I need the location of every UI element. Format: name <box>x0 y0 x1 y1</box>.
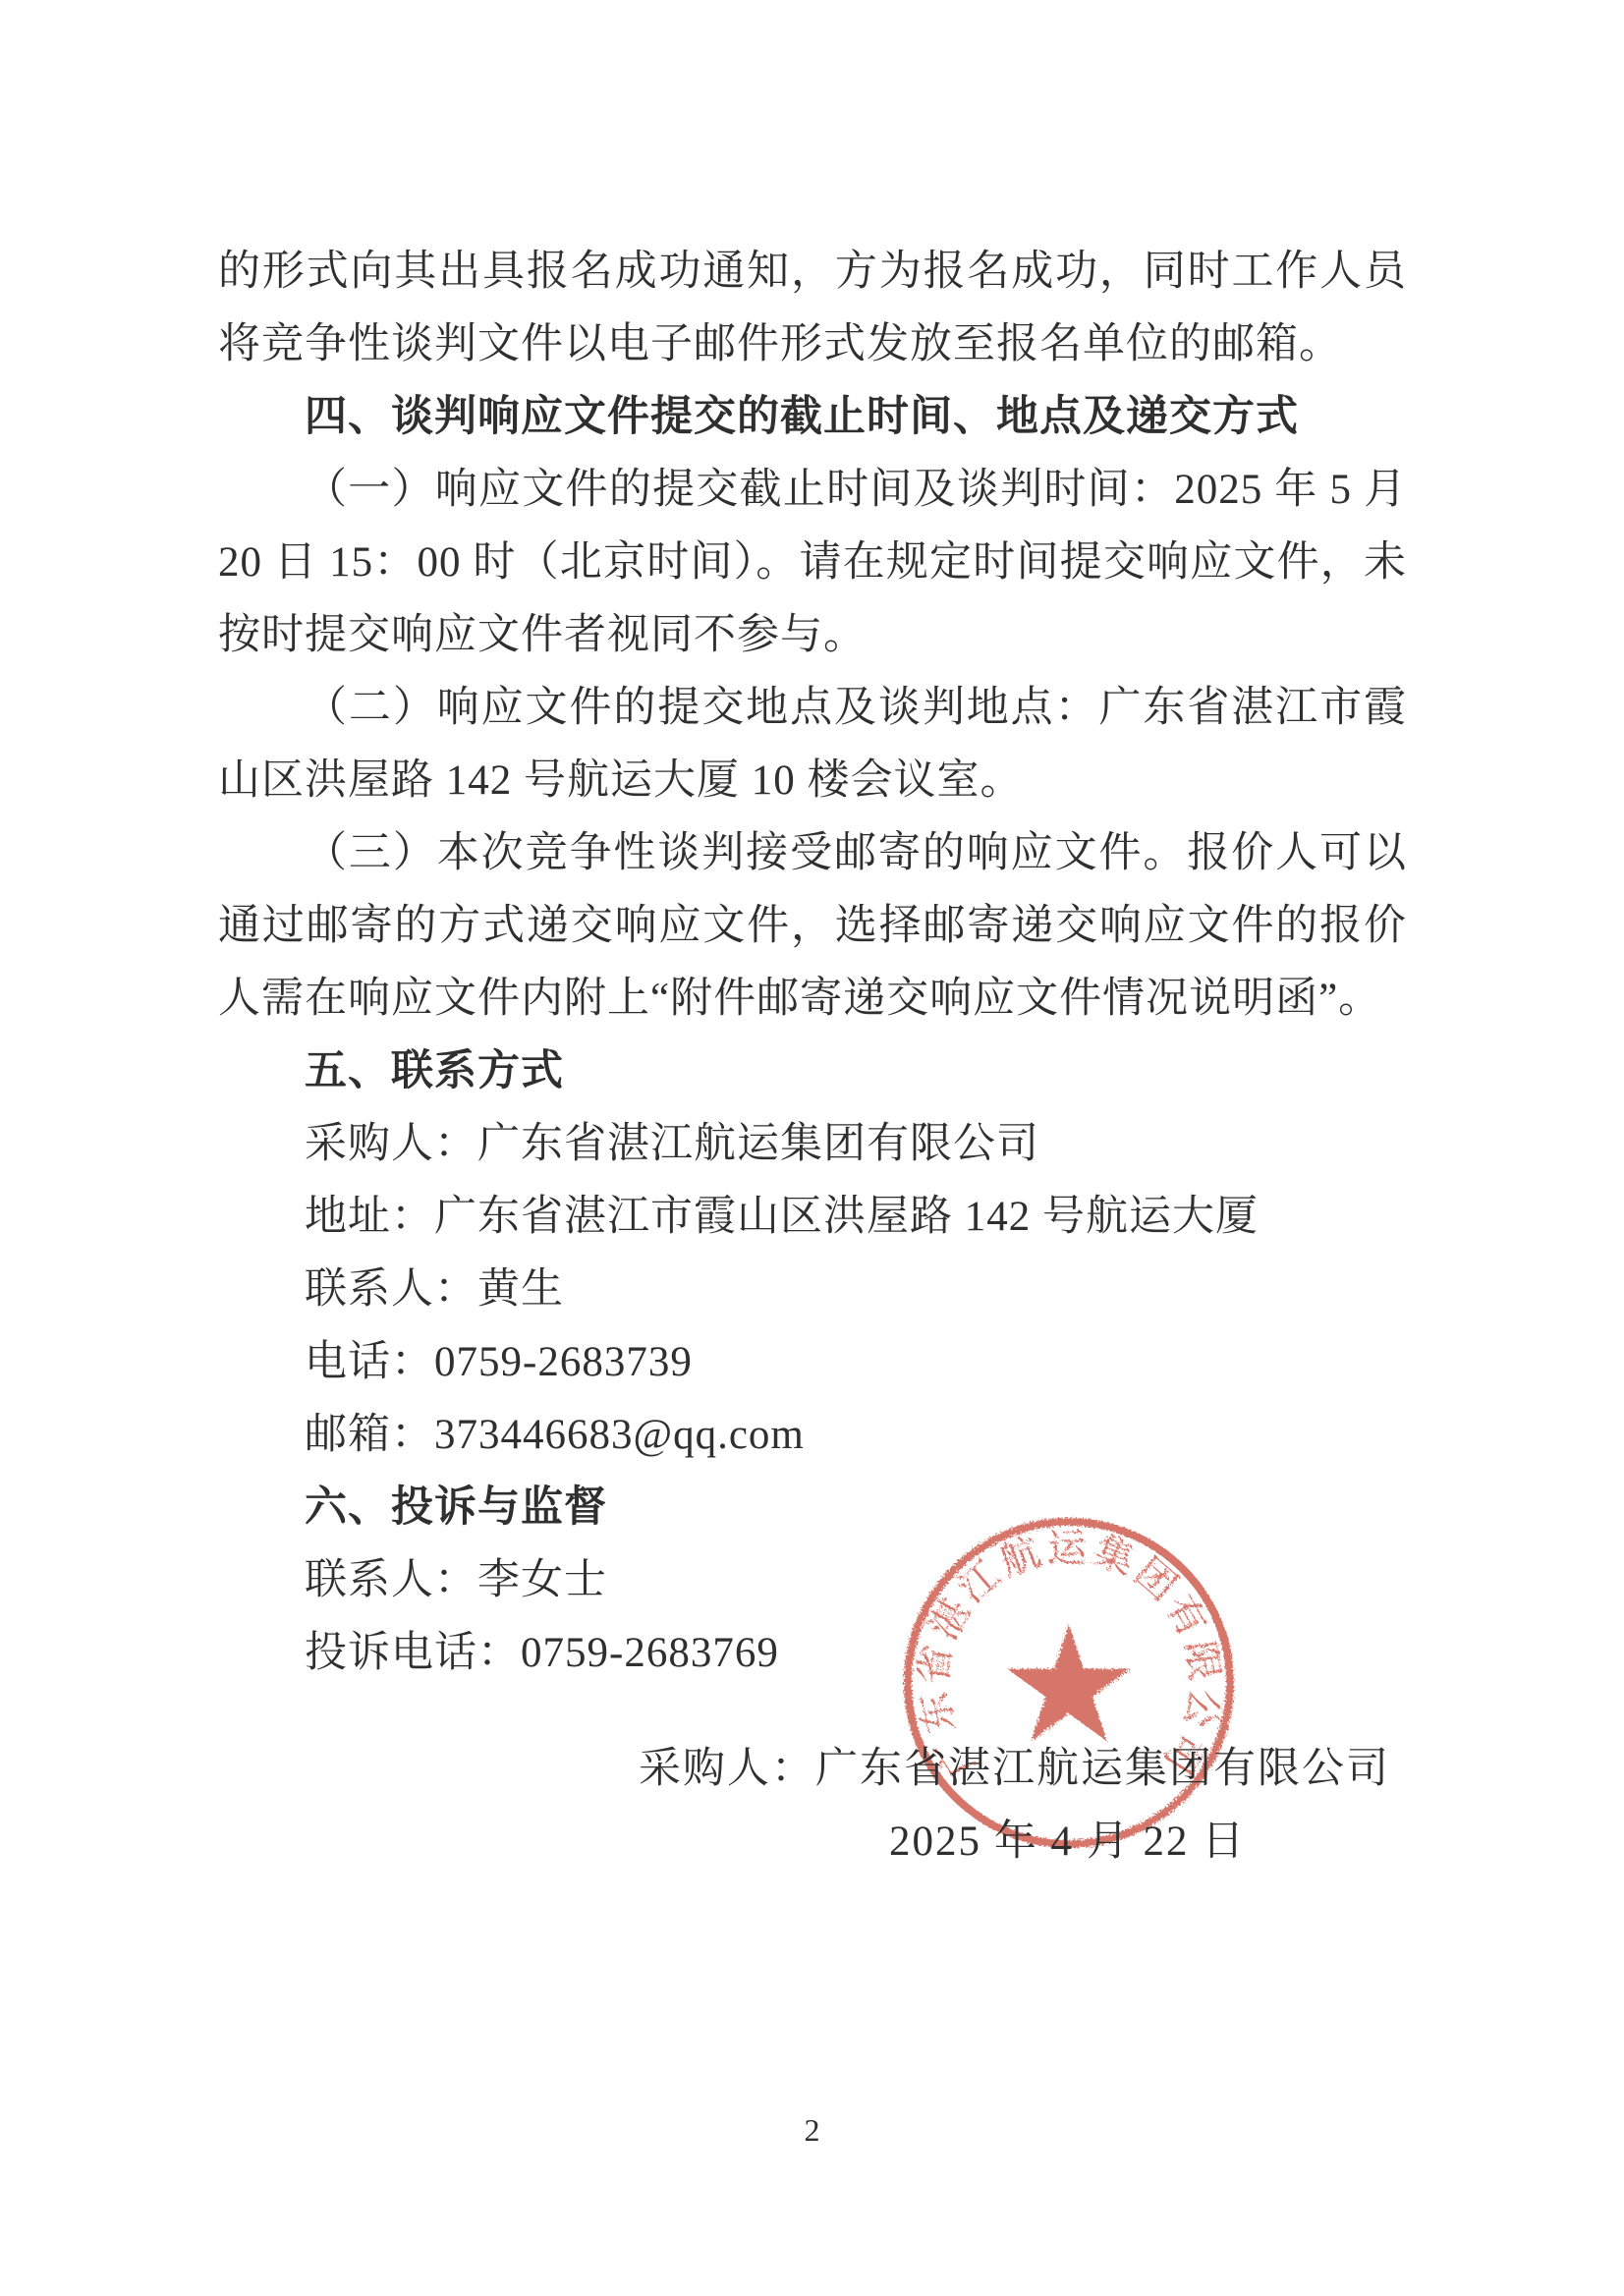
section-heading-5: 五、联系方式 <box>218 1036 1407 1108</box>
contact-address: 地址：广东省湛江市霞山区洪屋路 142 号航运大厦 <box>218 1181 1407 1254</box>
section-heading-6: 六、投诉与监督 <box>218 1472 1407 1544</box>
paragraph-mailing: （三）本次竞争性谈判接受邮寄的响应文件。报价人可以通过邮寄的方式递交响应文件，选… <box>218 817 1407 1036</box>
contact-email: 邮箱：373446683@qq.com <box>218 1399 1407 1472</box>
signature-purchaser: 采购人：广东省湛江航运集团有限公司 <box>639 1733 1390 1806</box>
complaint-phone: 投诉电话：0759-2683769 <box>218 1617 1407 1690</box>
signature-date: 2025 年 4 月 22 日 <box>889 1806 1246 1878</box>
page-number: 2 <box>0 2108 1624 2152</box>
section-heading-4: 四、谈判响应文件提交的截止时间、地点及递交方式 <box>218 381 1407 454</box>
paragraph-location: （二）响应文件的提交地点及谈判地点：广东省湛江市霞山区洪屋路 142 号航运大厦… <box>218 672 1407 817</box>
contact-person: 联系人：黄生 <box>218 1254 1407 1326</box>
complaint-person: 联系人：李女士 <box>218 1544 1407 1617</box>
document-page: 的形式向其出具报名成功通知，方为报名成功，同时工作人员将竞争性谈判文件以电子邮件… <box>0 0 1624 2296</box>
document-body: 的形式向其出具报名成功通知，方为报名成功，同时工作人员将竞争性谈判文件以电子邮件… <box>218 236 1407 1690</box>
paragraph-continuation: 的形式向其出具报名成功通知，方为报名成功，同时工作人员将竞争性谈判文件以电子邮件… <box>218 236 1407 381</box>
paragraph-deadline: （一）响应文件的提交截止时间及谈判时间：2025 年 5 月 20 日 15：0… <box>218 454 1407 672</box>
contact-phone: 电话：0759-2683739 <box>218 1326 1407 1399</box>
contact-purchaser: 采购人：广东省湛江航运集团有限公司 <box>218 1108 1407 1181</box>
